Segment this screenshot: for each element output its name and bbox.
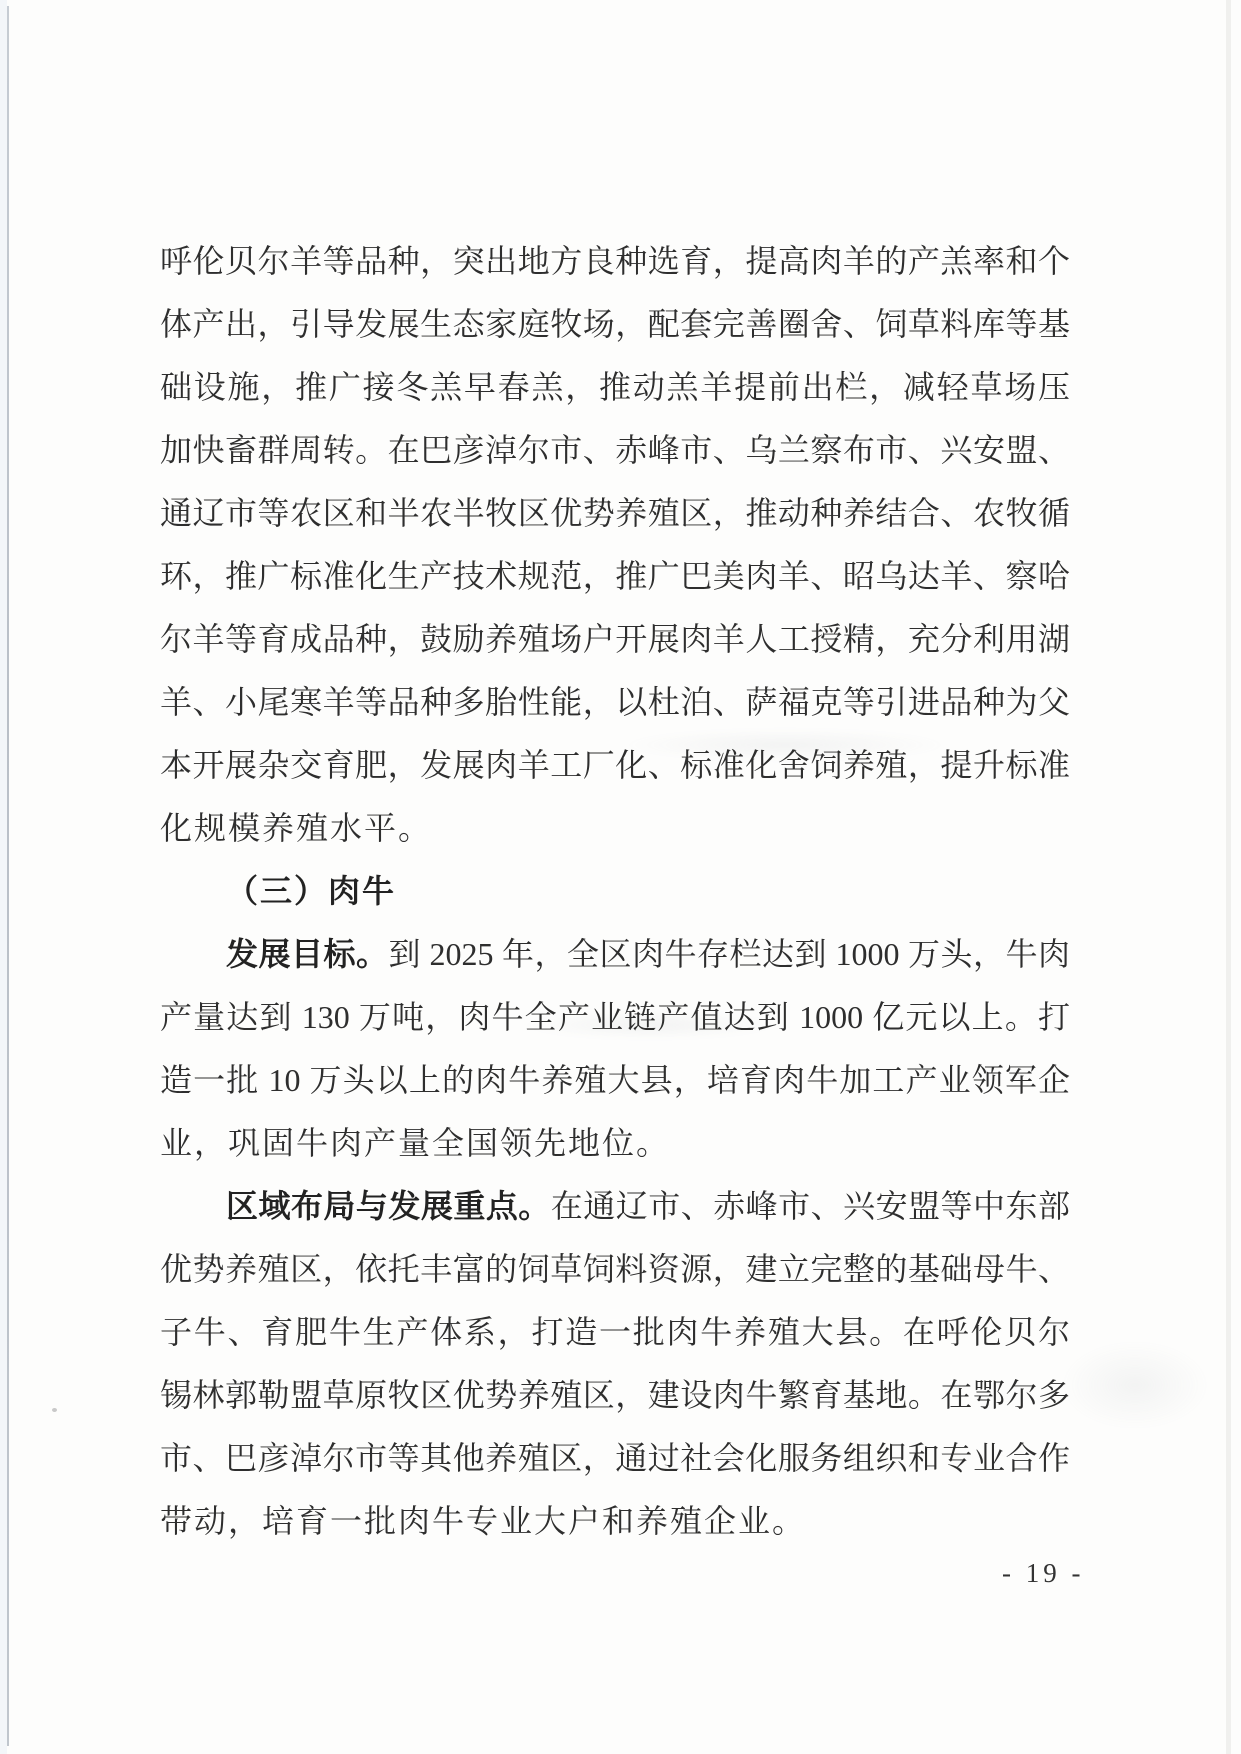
scan-edge-halo-left <box>0 0 7 1754</box>
text-line: 呼伦贝尔羊等品种，突出地方良种选育，提高肉羊的产羔率和个 <box>160 230 1070 293</box>
text-line: 环，推广标准化生产技术规范，推广巴美肉羊、昭乌达羊、察哈 <box>160 545 1070 608</box>
line-text: 在通辽市、赤峰市、兴安盟等中东部 <box>551 1188 1070 1224</box>
text-line: 业，巩固牛肉产量全国领先地位。 <box>160 1112 1070 1175</box>
text-line: 造一批 10 万头以上的肉牛养殖大县，培育肉牛加工产业领军企 <box>160 1049 1070 1112</box>
section-heading: （三）肉牛 <box>160 860 1070 923</box>
text-line: 体产出，引导发展生态家庭牧场，配套完善圈舍、饲草料库等基 <box>160 293 1070 356</box>
text-line: 通辽市等农区和半农半牧区优势养殖区，推动种养结合、农牧循 <box>160 482 1070 545</box>
bold-lead: 发展目标。 <box>226 936 389 972</box>
document-page: 呼伦贝尔羊等品种，突出地方良种选育，提高肉羊的产羔率和个 体产出，引导发展生态家… <box>0 0 1241 1754</box>
text-line: 本开展杂交育肥，发展肉羊工厂化、标准化舍饲养殖，提升标准 <box>160 734 1070 797</box>
bold-lead: 区域布局与发展重点。 <box>226 1188 551 1224</box>
text-line: 加快畜群周转。在巴彦淖尔市、赤峰市、乌兰察布市、兴安盟、 <box>160 419 1070 482</box>
text-line: 产量达到 130 万吨，肉牛全产业链产值达到 1000 亿元以上。打 <box>160 986 1070 1049</box>
text-line: 础设施，推广接冬羔早春羔，推动羔羊提前出栏，减轻草场压力， <box>160 356 1070 419</box>
text-line: 优势养殖区，依托丰富的饲草饲料资源，建立完整的基础母牛、架 <box>160 1238 1070 1301</box>
text-line: 带动，培育一批肉牛专业大户和养殖企业。 <box>160 1490 1070 1553</box>
scan-speck <box>52 1408 57 1412</box>
text-line: 尔羊等育成品种，鼓励养殖场户开展肉羊人工授精，充分利用湖 <box>160 608 1070 671</box>
document-body: 呼伦贝尔羊等品种，突出地方良种选育，提高肉羊的产羔率和个 体产出，引导发展生态家… <box>160 230 1070 1553</box>
scan-edge-band-right <box>1226 0 1231 1754</box>
text-line: 市、巴彦淖尔市等其他养殖区，通过社会化服务组织和专业合作社 <box>160 1427 1070 1490</box>
text-line: 锡林郭勒盟草原牧区优势养殖区，建设肉牛繁育基地。在鄂尔多斯 <box>160 1364 1070 1427</box>
text-line: 发展目标。到 2025 年，全区肉牛存栏达到 1000 万头，牛肉 <box>160 923 1070 986</box>
line-text: 到 2025 年，全区肉牛存栏达到 1000 万头，牛肉 <box>389 936 1070 972</box>
page-number: - 19 - <box>1002 1558 1084 1589</box>
bleed-through-smudge <box>1060 1340 1210 1430</box>
text-line: 羊、小尾寒羊等品种多胎性能，以杜泊、萨福克等引进品种为父 <box>160 671 1070 734</box>
text-line: 区域布局与发展重点。在通辽市、赤峰市、兴安盟等中东部 <box>160 1175 1070 1238</box>
text-line: 化规模养殖水平。 <box>160 797 1070 860</box>
scan-edge-line-left <box>7 6 9 1746</box>
text-line: 子牛、育肥牛生产体系，打造一批肉牛养殖大县。在呼伦贝尔市、 <box>160 1301 1070 1364</box>
